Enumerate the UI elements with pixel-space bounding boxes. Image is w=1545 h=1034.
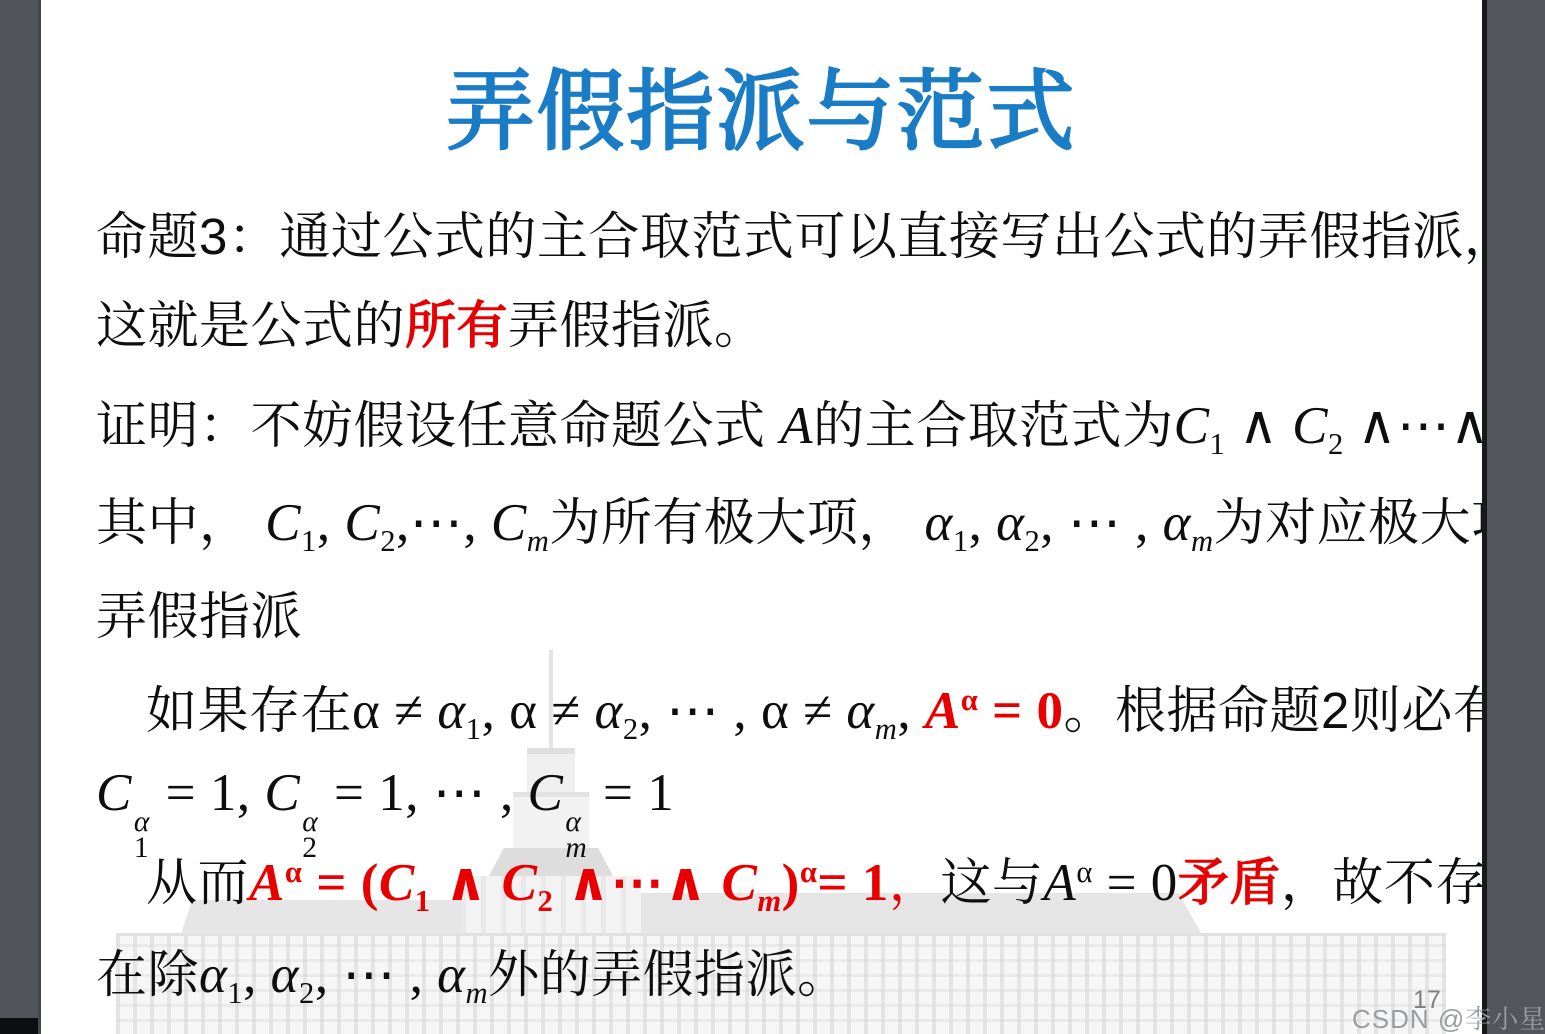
text-segment: α [199,946,227,1004]
text-segment: ,⋯, [396,494,491,552]
body-line: 如果存在α ≠ α1, α ≠ α2, ⋯ , α ≠ αm, Aα = 0。根… [146,680,1482,744]
text-segment: 矛盾 [1178,854,1281,911]
text-segment: C [1292,397,1328,455]
text-segment: 在除 [96,946,199,1003]
text-segment: m [527,524,550,558]
text-segment: 如果存在 [146,682,352,739]
body-line: 从而Aα = (C1 ∧ C2 ∧⋯∧ Cm)α= 1，这与Aα = 0矛盾，故… [146,852,1482,916]
text-segment: 弄假指派 [96,588,302,645]
text-segment: 1 [953,524,969,558]
text-segment: C [265,494,301,552]
text-segment: A [249,854,285,912]
viewer-frame-left [0,0,41,1034]
text-segment: α [1076,855,1093,889]
text-segment: C [721,854,757,912]
text-segment: 从而 [146,854,249,911]
text-segment: 为对应极大项的 [1214,494,1482,551]
text-segment: α ≠ [761,682,846,740]
text-segment: α [800,855,818,889]
text-segment: A [1043,854,1076,912]
text-segment: , [317,494,345,552]
text-segment: 1 [415,884,431,918]
text-segment: 的主合取范式为 [813,397,1174,454]
text-segment: α ≠ [509,682,594,740]
text-segment: C [502,854,538,912]
text-segment: ，故不存 [1281,854,1482,911]
body-line: 这就是公式的所有弄假指派。 [96,295,766,356]
text-segment: 2 [299,976,315,1010]
text-segment: α [1163,494,1191,552]
text-segment: ∧⋯∧ [1344,397,1482,455]
text-segment: α [437,682,465,740]
text-segment: = 0 [1093,854,1178,912]
text-segment: 所有 [405,297,508,354]
text-segment: 。根据命题2则必有 [1064,682,1482,739]
text-segment: α [925,494,953,552]
csdn-watermark: CSDN @李小星同志 [1352,999,1545,1034]
text-segment: α [961,683,979,717]
text-segment: , ⋯ , [1040,494,1162,552]
body-line: 其中， C1, C2,⋯, Cm为所有极大项， α1, α2, ⋯ , αm为对… [96,492,1482,556]
body-line: 命题3：通过公式的主合取范式可以直接写出公式的弄假指派， [96,206,1482,267]
text-segment: A [780,397,813,455]
text-segment: , ⋯ , [315,946,437,1004]
text-segment: C [264,764,300,822]
viewer-frame-right [1482,0,1545,1034]
text-segment: C [528,764,564,822]
body-line: Cα1 = 1, Cα2 = 1, ⋯ , Cαm = 1 [96,762,674,861]
text-segment: α [271,946,299,1004]
text-segment: α ≠ [352,682,437,740]
text-segment: 这就是公式的 [96,297,405,354]
text-segment: = ( [302,854,378,912]
text-segment: 2 [623,712,639,746]
text-segment: ∧ [431,854,502,912]
text-segment: C [491,494,527,552]
body-lines: 命题3：通过公式的主合取范式可以直接写出公式的弄假指派，这就是公式的所有弄假指派… [41,0,1482,1034]
text-segment: α [285,855,303,889]
text-segment: 命题3：通过公式的主合取范式可以直接写出公式的弄假指派， [96,208,1482,265]
text-segment: m [757,884,781,918]
text-segment: A [925,682,961,740]
text-segment: , ⋯ , [639,682,761,740]
text-segment: , [897,682,925,740]
text-segment: α [594,682,622,740]
text-segment: , [243,946,271,1004]
text-segment: , [969,494,997,552]
text-segment: 1 [1209,427,1225,461]
viewer-frame-left-bottom [0,1018,38,1034]
text-segment: 外的弄假指派。 [488,946,849,1003]
text-segment: ∧⋯∧ [553,854,721,912]
text-segment: 2 [1025,524,1041,558]
text-segment: ∧ [1225,397,1292,455]
text-segment: 其中， [96,494,265,551]
text-segment: 2 [538,884,554,918]
text-segment: 这与 [940,854,1043,911]
text-segment: , [482,682,510,740]
text-segment: 为所有极大项， [549,494,924,551]
text-segment: = 0 [978,682,1063,740]
text-segment: 证明：不妨假设任意命题公式 [96,397,780,454]
slide: 弄假指派与范式 命题3：通过公式的主合取范式可以直接写出公式的弄假指派，这就是公… [41,0,1482,1034]
text-segment: C [344,494,380,552]
text-segment: C [1174,397,1210,455]
text-segment: m [875,712,898,746]
text-segment: 弄假指派。 [508,297,766,354]
text-segment: ， [889,854,941,911]
text-segment: = 1, ⋯ , [320,764,527,822]
text-segment: = 1 [817,854,889,912]
text-segment: ) [782,854,800,912]
text-segment: α [846,682,874,740]
text-segment: α [437,946,465,1004]
text-segment: m [465,976,488,1010]
body-line: 证明：不妨假设任意命题公式 A的主合取范式为C1 ∧ C2 ∧⋯∧ Cm [96,395,1482,459]
body-line: 在除α1, α2, ⋯ , αm外的弄假指派。 [96,944,849,1008]
body-line: 弄假指派 [96,586,302,647]
text-segment: 2 [380,524,396,558]
text-segment: α [996,494,1024,552]
text-segment: 2 [1328,427,1344,461]
text-segment: = 1 [589,764,674,822]
text-segment: 1 [301,524,317,558]
text-segment: C [379,854,415,912]
text-segment: = 1, [152,764,264,822]
text-segment: C [96,764,132,822]
text-segment: 1 [466,712,482,746]
text-segment: m [1191,524,1214,558]
text-segment: 1 [227,976,243,1010]
